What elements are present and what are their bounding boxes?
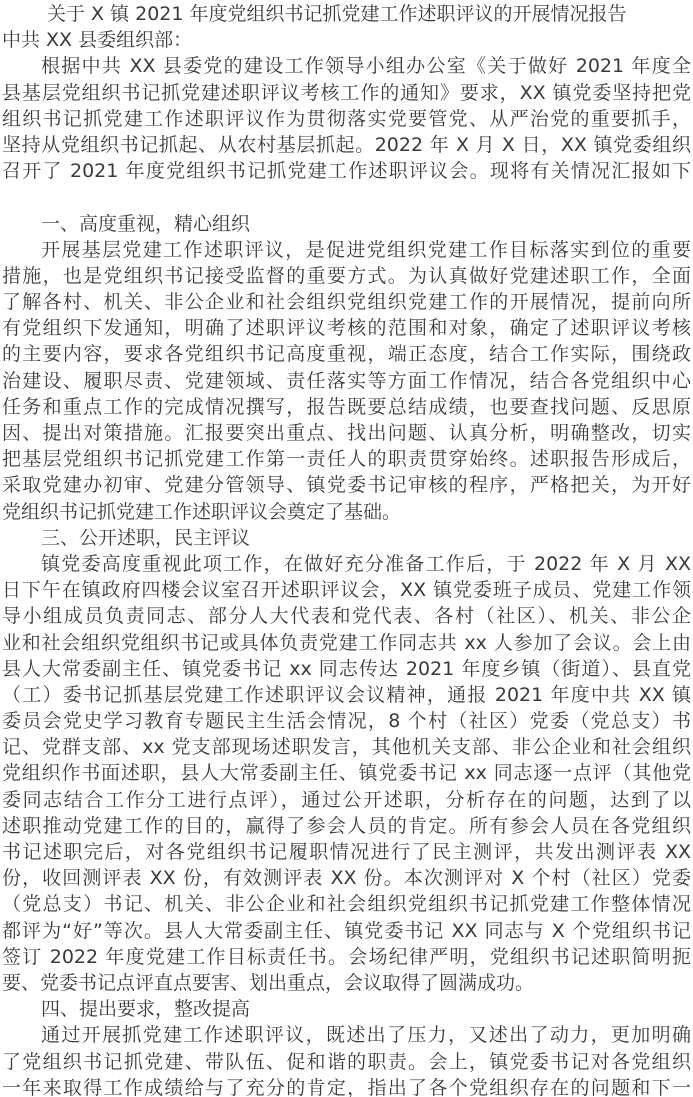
text-line: 导小组成员负责同志、部分人大代表和党代表、各村（社区）、机关、非公企 [0, 603, 693, 629]
section-4-paragraph: 通过开展抓党建工作述职评议，既述出了压力，又述出了动力，更加明确 了党组织书记抓… [0, 1022, 693, 1097]
text-line: 根据中共 XX 县委党的建设工作领导小组办公室《关于做好 2021 年度全 [0, 53, 693, 79]
section-1-paragraph: 开展基层党建工作述职评议，是促进党组织党建工作目标落实到位的重要 措施，也是党组… [0, 237, 693, 525]
text-line: 业和社会组织党组织书记或具体负责党建工作同志共 xx 人参加了会议。会上由 [0, 630, 693, 656]
text-line: 召开了 2021 年度党组织书记抓党建工作述职评议会。现将有关情况汇报如下 [0, 158, 693, 184]
text-line: 任务和重点工作的完成情况撰写，报告既要总结成绩，也要查找问题、反思原 [0, 394, 693, 420]
text-line: 通过开展抓党建工作述职评议，既述出了压力，又述出了动力，更加明确 [0, 1022, 693, 1048]
text-line: 述职推动党建工作的目的，赢得了参会人员的肯定。所有参会人员在各党组织 [0, 813, 693, 839]
text-line: 党组织书记抓党建工作述职评议会奠定了基础。 [0, 499, 693, 525]
text-line: 签订 2022 年度党建工作目标责任书。会场纪律严明，党组织书记述职简明扼 [0, 944, 693, 970]
section-heading-3: 三、公开述职，民主评议 [0, 525, 693, 551]
text-line: 记、党群支部、xx 党支部现场述职发言，其他机关支部、非公企业和社会组织 [0, 734, 693, 760]
text-line: （党总支）书记、机关、非公企业和社会组织党组织书记抓党建工作整体情况 [0, 891, 693, 917]
blank-line [0, 184, 693, 210]
text-line: 治建设、履职尽责、党建领域、责任落实等方面工作情况，结合各党组织中心 [0, 368, 693, 394]
text-line: 组织书记抓党建工作述职评议作为贯彻落实党要管党、从严治党的重要抓手， [0, 106, 693, 132]
text-line: 都评为“好”等次。县人大常委副主任、镇党委书记 XX 同志与 X 个党组织书记 [0, 918, 693, 944]
text-line: 把基层党组织书记抓党建工作第一责任人的职责贯穿始终。述职报告形成后， [0, 446, 693, 472]
text-line: （工）委书记抓基层党建工作述职评议会议精神，通报 2021 年度中共 XX 镇 [0, 682, 693, 708]
text-line: 委同志结合工作分工进行点评），通过公开述职，分析存在的问题，达到了以 [0, 787, 693, 813]
section-heading-4: 四、提出要求，整改提高 [0, 996, 693, 1022]
text-line: 采取党建办初审、党建分管领导、镇党委书记审核的程序，严格把关，为开好 [0, 472, 693, 498]
text-line: 了党组织书记抓党建、带队伍、促和谐的职责。会上，镇党委书记对各党组织 [0, 1049, 693, 1075]
text-line: 措施，也是党组织书记接受监督的重要方式。为认真做好党建述职工作，全面 [0, 263, 693, 289]
text-line: 书记述职完后，对各党组织书记履职情况进行了民主测评，共发出测评表 XX [0, 839, 693, 865]
text-line: 委员会党史学习教育专题民主生活会情况，8 个村（社区）党委（党总支）书 [0, 708, 693, 734]
text-line: 县人大常委副主任、镇党委书记 xx 同志传达 2021 年度乡镇（街道）、县直党 [0, 656, 693, 682]
text-line: 了解各村、机关、非公企业和社会组织党组织党建工作的开展情况，提前向所 [0, 289, 693, 315]
text-line: 一年来取得工作成绩给与了充分的肯定，指出了各个党组织存在的问题和下一 [0, 1075, 693, 1097]
intro-paragraph: 根据中共 XX 县委党的建设工作领导小组办公室《关于做好 2021 年度全 县基… [0, 53, 693, 184]
text-line: 因、提出对策措施。汇报要突出重点、找出问题、认真分析，明确整改，切实 [0, 420, 693, 446]
text-line: 坚持从党组织书记抓起、从农村基层抓起。2022 年 X 月 X 日，XX 镇党委… [0, 132, 693, 158]
text-line: 有党组织下发通知，明确了述职评议考核的范围和对象，确定了述职评议考核 [0, 315, 693, 341]
section-heading-1: 一、高度重视，精心组织 [0, 211, 693, 237]
text-line: 党组织作书面述职，县人大常委副主任、镇党委书记 xx 同志逐一点评（其他党 [0, 760, 693, 786]
text-line: 份，收回测评表 XX 份，有效测评表 XX 份。本次测评对 X 个村（社区）党委 [0, 865, 693, 891]
document-title: 关于 X 镇 2021 年度党组织书记抓党建工作述职评议的开展情况报告 [0, 1, 693, 27]
text-line: 镇党委高度重视此项工作，在做好充分准备工作后，于 2022 年 X 月 XX [0, 551, 693, 577]
text-line: 的主要内容，要求各党组织书记高度重视，端正态度，结合工作实际，围绕政 [0, 341, 693, 367]
text-line: 县基层党组织书记抓党建述职评议考核工作的通知》要求，XX 镇党委坚持把党 [0, 80, 693, 106]
text-line: 日下午在镇政府四楼会议室召开述职评议会，XX 镇党委班子成员、党建工作领 [0, 577, 693, 603]
text-line: 要、党委书记点评直点要害、划出重点，会议取得了圆满成功。 [0, 970, 693, 996]
document-page: 关于 X 镇 2021 年度党组织书记抓党建工作述职评议的开展情况报告 中共 X… [0, 0, 693, 1097]
text-line: 开展基层党建工作述职评议，是促进党组织党建工作目标落实到位的重要 [0, 237, 693, 263]
addressee: 中共 XX 县委组织部： [0, 27, 693, 53]
section-3-paragraph: 镇党委高度重视此项工作，在做好充分准备工作后，于 2022 年 X 月 XX 日… [0, 551, 693, 996]
